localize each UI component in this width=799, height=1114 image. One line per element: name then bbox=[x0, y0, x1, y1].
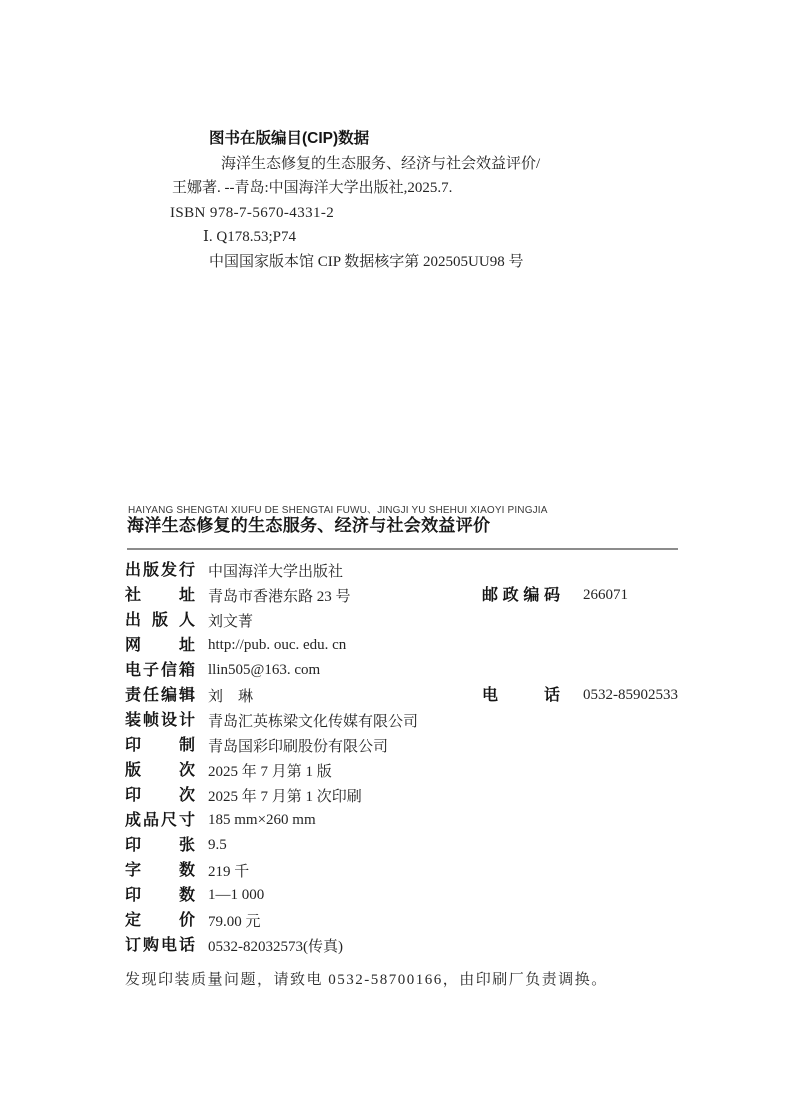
info-right-group: 邮政编码 266071 bbox=[482, 583, 628, 608]
info-label: 订购电话 bbox=[125, 933, 195, 958]
info-label: 社址 bbox=[125, 583, 195, 608]
cip-line-author-publisher: 王娜著. --青岛:中国海洋大学出版社,2025.7. bbox=[0, 176, 799, 201]
info-row-print-run: 印数 1—1 000 bbox=[125, 883, 685, 908]
info-value-url: http://pub. ouc. edu. cn bbox=[208, 637, 346, 654]
info-value: 9.5 bbox=[208, 837, 227, 854]
info-row-trim-size: 成品尺寸 185 mm×260 mm bbox=[125, 808, 685, 833]
info-label: 出版发行 bbox=[125, 558, 195, 583]
info-label: 装帧设计 bbox=[125, 708, 195, 733]
info-label: 责任编辑 bbox=[125, 683, 195, 708]
info-row-publisher-person: 出版人 刘文菁 bbox=[125, 608, 685, 633]
info-value: 219 千 bbox=[208, 860, 249, 881]
info-value-postcode: 266071 bbox=[583, 587, 628, 604]
info-label: 版次 bbox=[125, 758, 195, 783]
info-value: 2025 年 7 月第 1 版 bbox=[208, 760, 332, 781]
info-label: 印张 bbox=[125, 833, 195, 858]
info-label: 成品尺寸 bbox=[125, 808, 195, 833]
info-row-publisher: 出版发行 中国海洋大学出版社 bbox=[125, 558, 685, 583]
info-row-website: 网址 http://pub. ouc. edu. cn bbox=[125, 633, 685, 658]
info-label: 印制 bbox=[125, 733, 195, 758]
info-row-design: 装帧设计 青岛汇英栋梁文化传媒有限公司 bbox=[125, 708, 685, 733]
info-label: 出版人 bbox=[125, 608, 195, 633]
info-row-editor: 责任编辑 刘 琳 电话 0532-85902533 bbox=[125, 683, 685, 708]
info-label: 字数 bbox=[125, 858, 195, 883]
print-quality-note: 发现印装质量问题，请致电 0532-58700166，由印刷厂负责调换。 bbox=[125, 968, 608, 989]
info-row-address: 社址 青岛市香港东路 23 号 邮政编码 266071 bbox=[125, 583, 685, 608]
info-value-email: llin505@163. com bbox=[208, 662, 320, 679]
info-label-postcode: 邮政编码 bbox=[482, 583, 560, 608]
info-label: 定价 bbox=[125, 908, 195, 933]
info-value: 青岛国彩印刷股份有限公司 bbox=[208, 735, 388, 756]
info-row-printer: 印制 青岛国彩印刷股份有限公司 bbox=[125, 733, 685, 758]
info-value: 0532-82032573(传真) bbox=[208, 935, 343, 956]
info-value: 185 mm×260 mm bbox=[208, 812, 316, 829]
info-row-price: 定价 79.00 元 bbox=[125, 908, 685, 933]
info-value: 中国海洋大学出版社 bbox=[208, 560, 343, 581]
info-value-phone: 0532-85902533 bbox=[583, 687, 678, 704]
info-row-impression: 印次 2025 年 7 月第 1 次印刷 bbox=[125, 783, 685, 808]
info-row-edition: 版次 2025 年 7 月第 1 版 bbox=[125, 758, 685, 783]
info-label-phone: 电话 bbox=[482, 683, 560, 708]
info-value: 刘 琳 bbox=[208, 685, 253, 706]
info-row-email: 电子信箱 llin505@163. com bbox=[125, 658, 685, 683]
info-value: 1—1 000 bbox=[208, 887, 264, 904]
info-label: 印次 bbox=[125, 783, 195, 808]
info-value: 青岛汇英栋梁文化传媒有限公司 bbox=[208, 710, 418, 731]
divider-rule bbox=[127, 548, 678, 550]
info-row-sheets: 印张 9.5 bbox=[125, 833, 685, 858]
info-right-group: 电话 0532-85902533 bbox=[482, 683, 678, 708]
info-value: 79.00 元 bbox=[208, 910, 261, 931]
info-label: 网址 bbox=[125, 633, 195, 658]
info-label: 电子信箱 bbox=[125, 658, 195, 683]
cip-line-record-number: 中国国家版本馆 CIP 数据核字第 202505UU98 号 bbox=[0, 250, 799, 275]
cip-line-title: 海洋生态修复的生态服务、经济与社会效益评价/ bbox=[0, 152, 799, 177]
info-value: 2025 年 7 月第 1 次印刷 bbox=[208, 785, 362, 806]
info-value: 青岛市香港东路 23 号 bbox=[208, 585, 351, 606]
cip-line-isbn: ISBN 978-7-5670-4331-2 bbox=[0, 201, 799, 226]
book-title: 海洋生态修复的生态服务、经济与社会效益评价 bbox=[127, 514, 490, 538]
info-row-word-count: 字数 219 千 bbox=[125, 858, 685, 883]
info-label: 印数 bbox=[125, 883, 195, 908]
publication-info-table: 出版发行 中国海洋大学出版社 社址 青岛市香港东路 23 号 邮政编码 2660… bbox=[125, 558, 685, 958]
book-copyright-page: 图书在版编目(CIP)数据 海洋生态修复的生态服务、经济与社会效益评价/ 王娜著… bbox=[0, 0, 799, 1114]
cip-line-classification: Ⅰ. Q178.53;P74 bbox=[0, 225, 799, 250]
cip-heading: 图书在版编目(CIP)数据 bbox=[0, 127, 799, 152]
info-row-order-phone: 订购电话 0532-82032573(传真) bbox=[125, 933, 685, 958]
info-value: 刘文菁 bbox=[208, 610, 253, 631]
cip-block: 图书在版编目(CIP)数据 海洋生态修复的生态服务、经济与社会效益评价/ 王娜著… bbox=[0, 127, 799, 275]
